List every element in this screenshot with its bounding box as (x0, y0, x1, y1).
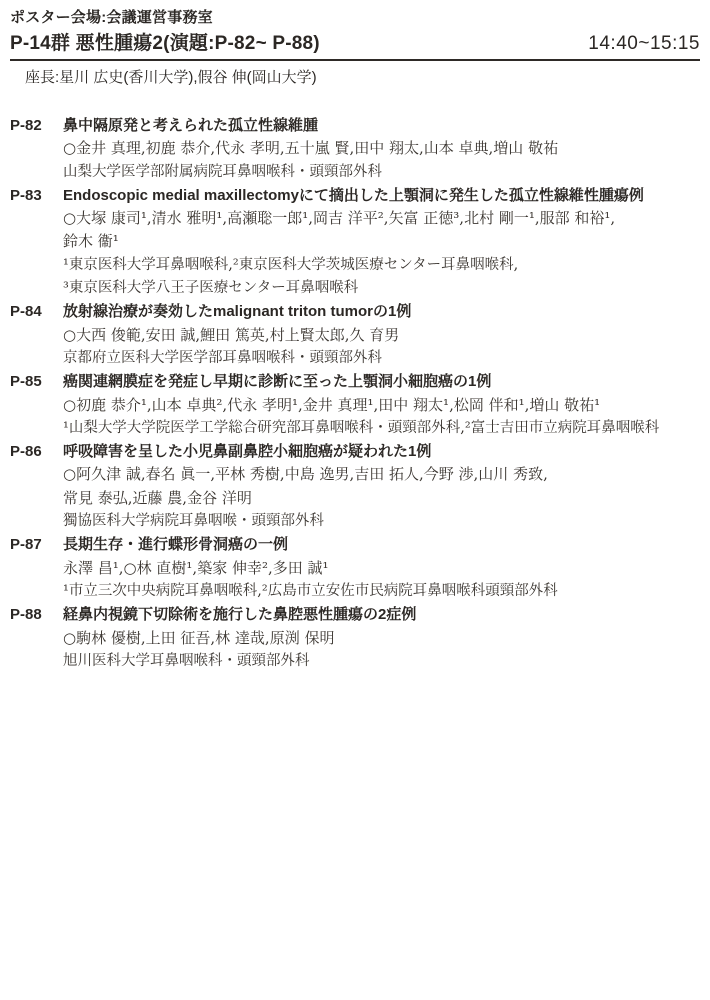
program-entry: P-87長期生存・進行蝶形骨洞癌の一例永澤 昌¹,○林 直樹¹,築家 伸幸²,多… (10, 533, 700, 603)
entry-body: Endoscopic medial maxillectomyにて摘出した上顎洞に… (63, 184, 700, 300)
entry-affiliation-line: 旭川医科大学耳鼻咽喉科・頭頸部外科 (63, 650, 700, 673)
entry-id: P-83 (10, 184, 63, 207)
entry-title: 呼吸障害を呈した小児鼻副鼻腔小細胞癌が疑われた1例 (63, 440, 700, 463)
entry-body: 呼吸障害を呈した小児鼻副鼻腔小細胞癌が疑われた1例○阿久津 誠,春名 眞一,平林… (63, 440, 700, 533)
entry-id: P-85 (10, 370, 63, 393)
entry-body: 経鼻内視鏡下切除術を施行した鼻腔悪性腫瘍の2症例○駒林 優樹,上田 征吾,林 達… (63, 603, 700, 673)
entry-body: 放射線治療が奏効したmalignant triton tumorの1例○大西 俊… (63, 300, 700, 370)
session-group-title: P-14群 悪性腫瘍2(演題:P-82~ P-88) (10, 32, 320, 55)
entry-title: 放射線治療が奏効したmalignant triton tumorの1例 (63, 300, 700, 323)
session-time: 14:40~15:15 (588, 32, 700, 55)
entry-authors-line: 常見 泰弘,近藤 農,金谷 洋明 (63, 487, 700, 510)
entry-authors-line: 永澤 昌¹,○林 直樹¹,築家 伸幸²,多田 誠¹ (63, 557, 700, 580)
entry-affiliation-line: ¹市立三次中央病院耳鼻咽喉科,²広島市立安佐市民病院耳鼻咽喉科頭頸部外科 (63, 580, 700, 603)
entry-authors-line: ○金井 真理,初鹿 恭介,代永 孝明,五十嵐 賢,田中 翔太,山本 卓典,増山 … (63, 137, 700, 160)
session-header: P-14群 悪性腫瘍2(演題:P-82~ P-88) 14:40~15:15 (10, 32, 700, 61)
entry-authors-line: ○大塚 康司¹,清水 雅明¹,高瀬聡一郎¹,岡吉 洋平²,矢富 正徳³,北村 剛… (63, 207, 700, 230)
entry-authors-line: 鈴木 衞¹ (63, 230, 700, 253)
entry-title: 経鼻内視鏡下切除術を施行した鼻腔悪性腫瘍の2症例 (63, 603, 700, 626)
entry-body: 長期生存・進行蝶形骨洞癌の一例永澤 昌¹,○林 直樹¹,築家 伸幸²,多田 誠¹… (63, 533, 700, 603)
entries-list: P-82鼻中隔原発と考えられた孤立性線維腫○金井 真理,初鹿 恭介,代永 孝明,… (10, 114, 700, 673)
entry-affiliation-line: ¹東京医科大学耳鼻咽喉科,²東京医科大学茨城医療センター耳鼻咽喉科, (63, 254, 700, 277)
entry-id: P-87 (10, 533, 63, 556)
entry-affiliation-line: ³東京医科大学八王子医療センター耳鼻咽喉科 (63, 277, 700, 300)
entry-affiliation-line: 山梨大学医学部附属病院耳鼻咽喉科・頭頸部外科 (63, 161, 700, 184)
entry-authors-line: ○阿久津 誠,春名 眞一,平林 秀樹,中島 逸男,吉田 拓人,今野 渉,山川 秀… (63, 463, 700, 486)
entry-id: P-82 (10, 114, 63, 137)
entry-affiliation-line: 獨協医科大学病院耳鼻咽喉・頭頸部外科 (63, 510, 700, 533)
venue-label: ポスター会場:会議運営事務室 (10, 9, 700, 27)
entry-id: P-84 (10, 300, 63, 323)
program-entry: P-83Endoscopic medial maxillectomyにて摘出した… (10, 184, 700, 300)
entry-authors-line: ○大西 俊範,安田 誠,鯉田 篤英,村上賢太郎,久 育男 (63, 324, 700, 347)
entry-affiliation-line: 京都府立医科大学医学部耳鼻咽喉科・頭頸部外科 (63, 347, 700, 370)
entry-id: P-86 (10, 440, 63, 463)
entry-affiliation-line: ¹山梨大学大学院医学工学総合研究部耳鼻咽喉科・頭頸部外科,²富士吉田市立病院耳鼻… (63, 417, 700, 440)
program-entry: P-86呼吸障害を呈した小児鼻副鼻腔小細胞癌が疑われた1例○阿久津 誠,春名 眞… (10, 440, 700, 533)
entry-title: 癌関連網膜症を発症し早期に診断に至った上顎洞小細胞癌の1例 (63, 370, 700, 393)
program-entry: P-85癌関連網膜症を発症し早期に診断に至った上顎洞小細胞癌の1例○初鹿 恭介¹… (10, 370, 700, 440)
program-entry: P-84放射線治療が奏効したmalignant triton tumorの1例○… (10, 300, 700, 370)
entry-body: 鼻中隔原発と考えられた孤立性線維腫○金井 真理,初鹿 恭介,代永 孝明,五十嵐 … (63, 114, 700, 184)
entry-id: P-88 (10, 603, 63, 626)
program-entry: P-88経鼻内視鏡下切除術を施行した鼻腔悪性腫瘍の2症例○駒林 優樹,上田 征吾… (10, 603, 700, 673)
entry-authors-line: ○駒林 優樹,上田 征吾,林 達哉,原渕 保明 (63, 627, 700, 650)
program-entry: P-82鼻中隔原発と考えられた孤立性線維腫○金井 真理,初鹿 恭介,代永 孝明,… (10, 114, 700, 184)
entry-title: 長期生存・進行蝶形骨洞癌の一例 (63, 533, 700, 556)
program-page: ポスター会場:会議運営事務室 P-14群 悪性腫瘍2(演題:P-82~ P-88… (0, 0, 710, 673)
entry-title: 鼻中隔原発と考えられた孤立性線維腫 (63, 114, 700, 137)
entry-body: 癌関連網膜症を発症し早期に診断に至った上顎洞小細胞癌の1例○初鹿 恭介¹,山本 … (63, 370, 700, 440)
entry-authors-line: ○初鹿 恭介¹,山本 卓典²,代永 孝明¹,金井 真理¹,田中 翔太¹,松岡 伴… (63, 394, 700, 417)
session-chairs: 座長:星川 広史(香川大学),假谷 伸(岡山大学) (25, 68, 700, 87)
entry-title: Endoscopic medial maxillectomyにて摘出した上顎洞に… (63, 184, 700, 207)
